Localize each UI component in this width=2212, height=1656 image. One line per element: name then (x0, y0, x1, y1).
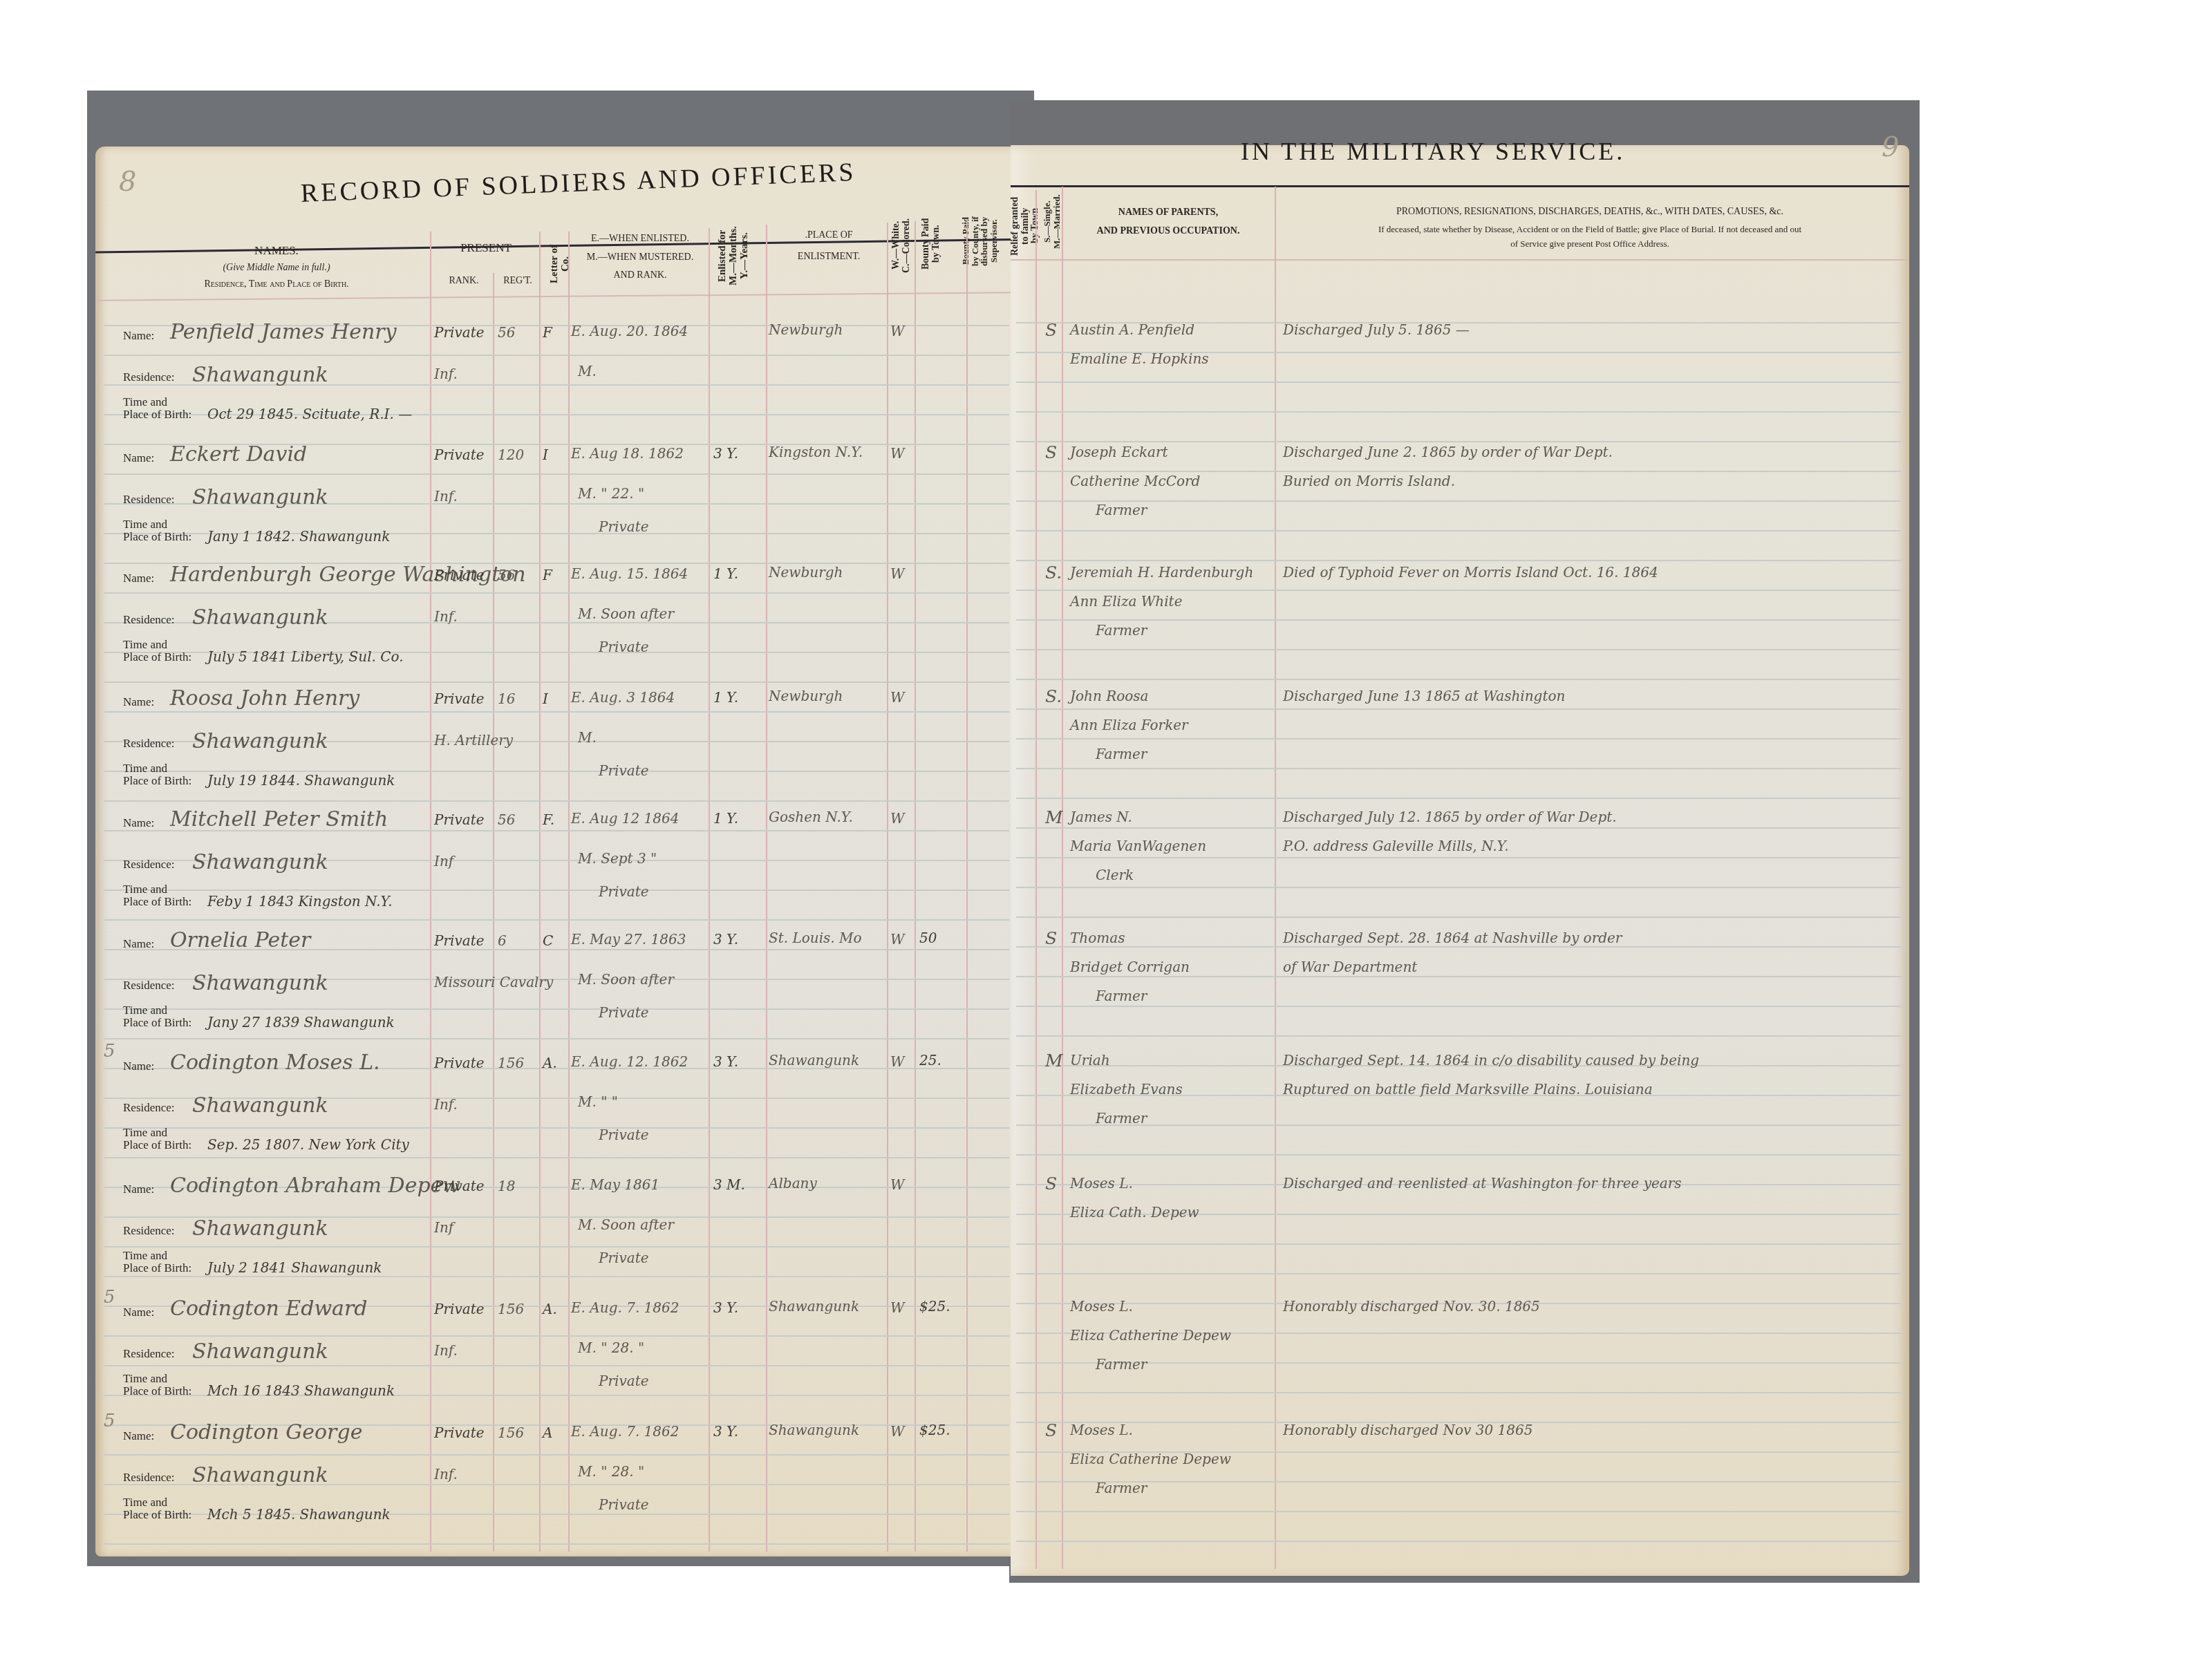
col-header-regt: REG'T. (495, 275, 541, 288)
col-header-place-l1: .PLACE OF (771, 225, 887, 247)
label-time-and: Time and (123, 1127, 167, 1139)
soldier-birth: July 19 1844. Shawangunk (207, 772, 395, 789)
regiment-value: 156 (498, 1301, 524, 1317)
margin-mark: 5 (104, 1041, 115, 1062)
ledger-entry: Name: Residence: Time and Place of Birth… (0, 923, 2212, 1040)
enlistment-term: 3 Y. (713, 931, 738, 948)
header-top-rule-right (1011, 185, 1909, 187)
margin-mark: 5 (104, 1287, 115, 1308)
soldier-residence: Shawangunk (192, 729, 328, 753)
soldier-residence: Shawangunk (192, 1216, 328, 1241)
soldier-residence: Shawangunk (192, 363, 328, 387)
soldier-residence: Shawangunk (192, 1339, 328, 1364)
label-place-of-birth: Place of Birth: (123, 1509, 191, 1521)
label-time-and: Time and (123, 1250, 167, 1262)
regiment-value: 120 (498, 446, 524, 463)
col-header-promotions-note-2: of Service give present Post Office Addr… (1279, 237, 1901, 252)
col-header-bounty-town: Bounty Paid by Town. (921, 206, 941, 282)
rank-value: Private (434, 1178, 485, 1194)
label-name: Name: (123, 817, 154, 829)
service-note-line-1: Discharged June 13 1865 at Washington (1283, 688, 1565, 704)
label-time-and: Time and (123, 762, 167, 775)
mother-name: Catherine McCord (1070, 473, 1200, 489)
mustered-rank: Private (599, 1250, 649, 1266)
col-header-enlisted-for-l1: Enlisted for (717, 229, 728, 281)
soldier-residence: Shawangunk (192, 1093, 328, 1118)
enlistment-term: 3 Y. (713, 1423, 738, 1440)
marital-status: M (1045, 807, 1063, 827)
label-name: Name: (123, 696, 154, 708)
rank-value: Private (434, 567, 485, 583)
enlisted-date: E. May 27. 1863 (571, 931, 686, 948)
service-note-line-1: Discharged and reenlisted at Washington … (1283, 1175, 1682, 1192)
soldier-birth: Jany 27 1839 Shawangunk (207, 1014, 395, 1031)
color-value: W (890, 565, 905, 582)
father-name: John Roosa (1070, 688, 1149, 704)
col-header-place-l2: ENLISTMENT. (771, 247, 887, 268)
previous-occupation: Clerk (1096, 867, 1134, 883)
service-note-line-2: Buried on Morris Island. (1283, 473, 1455, 489)
branch-value: Inf (434, 853, 453, 869)
soldier-birth: Mch 16 1843 Shawangunk (207, 1382, 395, 1399)
branch-value: Inf (434, 1219, 453, 1236)
col-header-relief-l2: to family (1020, 207, 1031, 244)
label-name: Name: (123, 452, 154, 464)
mustered-rank: Private (599, 883, 649, 900)
ledger-entry: Name: Residence: Time and Place of Birth… (0, 802, 2212, 919)
col-header-enlisted-for-l3: Y.—Years. (739, 232, 750, 279)
company-letter-value: F. (543, 811, 554, 828)
enlistment-place: Shawangunk (769, 1422, 859, 1438)
col-header-relief-l1: Relief granted (1010, 196, 1020, 255)
label-name: Name: (123, 1430, 154, 1442)
mustered-date: M. Sept 3 " (578, 850, 657, 867)
rank-value: Private (434, 690, 485, 707)
soldier-residence: Shawangunk (192, 971, 328, 995)
soldier-birth: Oct 29 1845. Scituate, R.I. — (207, 406, 412, 422)
marital-status: S (1045, 1420, 1057, 1440)
soldier-birth: Sep. 25 1807. New York City (207, 1136, 409, 1153)
bounty-town-value: 50 (919, 930, 937, 946)
col-header-names: NAMES. (Give Middle Name in full.) Resid… (138, 243, 415, 290)
branch-value: H. Artillery (434, 732, 513, 749)
color-value: W (890, 1423, 905, 1440)
label-name: Name: (123, 1060, 154, 1073)
ledger-entry: Name: Residence: Time and Place of Birth… (0, 437, 2212, 554)
mother-name: Ann Eliza Forker (1070, 717, 1188, 733)
enlisted-date: E. Aug. 12. 1862 (571, 1053, 688, 1070)
mustered-date: M. " " (578, 1093, 618, 1110)
rank-value: Private (434, 811, 485, 828)
previous-occupation: Farmer (1096, 1356, 1147, 1373)
col-header-parents-l1: NAMES OF PARENTS, (1065, 204, 1272, 223)
regiment-value: 156 (498, 1424, 524, 1441)
service-note-line-1: Died of Typhoid Fever on Morris Island O… (1283, 564, 1658, 581)
mustered-rank: Private (599, 762, 649, 779)
marital-status: S. (1045, 686, 1062, 706)
enlistment-term: 1 Y. (713, 565, 738, 582)
enlistment-place: Goshen N.Y. (769, 809, 853, 825)
branch-value: Missouri Cavalry (434, 974, 553, 990)
soldier-name: Eckert David (170, 442, 307, 467)
enlistment-place: Newburgh (769, 688, 843, 704)
ledger-entry: Name: Residence: Time and Place of Birth… (0, 557, 2212, 675)
label-place-of-birth: Place of Birth: (123, 896, 191, 908)
color-value: W (890, 689, 905, 706)
father-name: Moses L. (1070, 1298, 1133, 1315)
label-time-and: Time and (123, 1373, 167, 1385)
mustered-date: M. " 28. " (578, 1339, 644, 1356)
service-note-line-1: Discharged June 2. 1865 by order of War … (1283, 444, 1613, 460)
col-header-place: .PLACE OF ENLISTMENT. (771, 225, 887, 268)
enlistment-place: Newburgh (769, 564, 843, 581)
col-header-promotions-title: PROMOTIONS, RESIGNATIONS, DISCHARGES, DE… (1279, 205, 1901, 220)
label-place-of-birth: Place of Birth: (123, 1262, 191, 1274)
soldier-name: Codington Abraham Depew (170, 1174, 460, 1198)
father-name: Moses L. (1070, 1175, 1133, 1192)
page-title-right: IN THE MILITARY SERVICE. (1241, 137, 1625, 166)
bounty-town-value: 25. (919, 1052, 941, 1069)
company-letter-value: I (543, 446, 548, 463)
label-time-and: Time and (123, 639, 167, 651)
rank-value: Private (434, 1055, 485, 1071)
mother-name: Eliza Catherine Depew (1070, 1327, 1231, 1344)
mother-name: Ann Eliza White (1070, 593, 1182, 610)
mustered-rank: Private (599, 1004, 649, 1021)
label-name: Name: (123, 572, 154, 585)
label-time-and: Time and (123, 396, 167, 408)
father-name: James N. (1070, 809, 1132, 825)
father-name: Moses L. (1070, 1422, 1133, 1438)
enlistment-term: 3 M. (713, 1176, 745, 1193)
rank-value: Private (434, 446, 485, 463)
mother-name: Elizabeth Evans (1070, 1081, 1183, 1098)
rank-value: Private (434, 1424, 485, 1441)
col-header-bounty-county-l4: Supervisor. (988, 220, 999, 263)
service-note-line-1: Discharged Sept. 28. 1864 at Nashville b… (1283, 930, 1622, 946)
enlistment-place: Kingston N.Y. (769, 444, 863, 460)
enlistment-place: Shawangunk (769, 1298, 859, 1315)
label-residence: Residence: (123, 1102, 175, 1114)
previous-occupation: Farmer (1096, 746, 1147, 762)
father-name: Uriah (1070, 1052, 1110, 1069)
ruled-line (104, 1543, 1009, 1545)
regiment-value: 18 (498, 1178, 515, 1194)
mustered-date: M. " 28. " (578, 1463, 644, 1480)
label-residence: Residence: (123, 858, 175, 871)
label-time-and: Time and (123, 1496, 167, 1509)
color-value: W (890, 810, 905, 827)
label-residence: Residence: (123, 1225, 175, 1237)
rank-value: Private (434, 1301, 485, 1317)
ledger-entry: 5 Name: Residence: Time and Place of Bir… (0, 1291, 2212, 1409)
label-residence: Residence: (123, 737, 175, 750)
branch-value: Inf. (434, 608, 458, 625)
label-place-of-birth: Place of Birth: (123, 531, 191, 543)
col-header-names-title: NAMES. (138, 243, 415, 258)
regiment-value: 56 (498, 567, 515, 583)
service-note-line-1: Discharged Sept. 14. 1864 in c/o disabil… (1283, 1052, 1699, 1069)
color-value: W (890, 931, 905, 948)
col-header-promotions: PROMOTIONS, RESIGNATIONS, DISCHARGES, DE… (1279, 205, 1901, 252)
mustered-rank: Private (599, 518, 649, 535)
company-letter-value: A. (543, 1301, 557, 1317)
col-header-rank: RANK. (435, 275, 492, 288)
mustered-date: M. (578, 363, 597, 379)
father-name: Thomas (1070, 930, 1125, 946)
branch-value: Inf. (434, 1096, 458, 1113)
col-header-color: W.—White. C.—Colored. (892, 211, 912, 280)
regiment-value: 56 (498, 811, 515, 828)
previous-occupation: Farmer (1096, 1110, 1147, 1127)
label-name: Name: (123, 330, 154, 342)
ruled-line (1016, 679, 1901, 680)
ruled-line (1016, 1541, 1901, 1542)
soldier-name: Penfield James Henry (170, 320, 397, 344)
color-value: W (890, 1053, 905, 1070)
col-header-parents: NAMES OF PARENTS, AND PREVIOUS OCCUPATIO… (1065, 204, 1272, 241)
col-header-marital-l2: M.—Married. (1051, 195, 1062, 250)
soldier-name: Codington Moses L. (170, 1051, 380, 1075)
regiment-value: 156 (498, 1055, 524, 1071)
enlistment-place: Newburgh (769, 321, 843, 338)
mustered-rank: Private (599, 639, 649, 655)
mustered-rank: Private (599, 1127, 649, 1143)
service-note-line-1: Discharged July 5. 1865 — (1283, 321, 1470, 338)
label-name: Name: (123, 938, 154, 950)
father-name: Joseph Eckart (1070, 444, 1168, 460)
soldier-name: Codington Edward (170, 1297, 368, 1321)
enlistment-term: 3 Y. (713, 445, 738, 462)
col-header-enlisted-for: Enlisted for M.—Months. Y.—Years. (718, 223, 750, 289)
col-header-bounty-town-l1: Bounty Paid (921, 218, 931, 270)
bounty-town-value: $25. (919, 1422, 950, 1438)
enlisted-date: E. Aug 12 1864 (571, 810, 679, 827)
enlistment-term: 3 Y. (713, 1299, 738, 1316)
soldier-birth: July 2 1841 Shawangunk (207, 1259, 382, 1276)
soldier-residence: Shawangunk (192, 850, 328, 874)
color-value: W (890, 1299, 905, 1316)
label-place-of-birth: Place of Birth: (123, 408, 191, 421)
service-note-line-1: Honorably discharged Nov. 30. 1865 (1283, 1298, 1540, 1315)
mustered-rank: Private (599, 1373, 649, 1389)
ledger-entry: Name: Residence: Time and Place of Birth… (0, 314, 2212, 432)
enlistment-place: Shawangunk (769, 1052, 859, 1069)
enlisted-date: E. May 1861 (571, 1176, 659, 1193)
col-header-names-sub: Residence, Time and Place of Birth. (138, 279, 415, 291)
branch-value: Inf. (434, 366, 458, 382)
soldier-birth: Jany 1 1842. Shawangunk (207, 528, 390, 545)
service-note-line-2: P.O. address Galeville Mills, N.Y. (1283, 838, 1509, 854)
enlisted-date: E. Aug. 15. 1864 (571, 565, 688, 582)
label-time-and: Time and (123, 518, 167, 531)
mustered-rank: Private (599, 1496, 649, 1513)
company-letter-value: A (543, 1424, 552, 1441)
color-value: W (890, 445, 905, 462)
company-letter-value: I (543, 690, 548, 707)
soldier-name: Mitchell Peter Smith (170, 807, 388, 831)
soldier-birth: July 5 1841 Liberty, Sul. Co. (207, 648, 404, 665)
soldier-residence: Shawangunk (192, 605, 328, 630)
rank-value: Private (434, 932, 485, 949)
label-place-of-birth: Place of Birth: (123, 775, 191, 787)
enlisted-date: E. Aug. 7. 1862 (571, 1423, 679, 1440)
enlisted-date: E. Aug. 7. 1862 (571, 1299, 679, 1316)
color-value: W (890, 323, 905, 339)
branch-value: Inf. (434, 488, 458, 505)
previous-occupation: Farmer (1096, 622, 1147, 639)
company-letter-value: F (543, 567, 552, 583)
marital-status: S (1045, 1174, 1057, 1194)
soldier-name: Ornelia Peter (170, 928, 310, 952)
enlisted-date: E. Aug. 20. 1864 (571, 323, 688, 339)
col-header-when-enlisted: E.—WHEN ENLISTED. (571, 230, 709, 249)
regiment-value: 56 (498, 324, 515, 341)
regiment-value: 6 (498, 932, 507, 949)
label-time-and: Time and (123, 883, 167, 896)
label-residence: Residence: (123, 371, 175, 384)
soldier-residence: Shawangunk (192, 1463, 328, 1487)
regiment-value: 16 (498, 690, 515, 707)
col-header-bounty-town-l2: by Town. (931, 225, 941, 263)
marital-status: M (1045, 1051, 1063, 1071)
enlistment-place: St. Louis. Mo (769, 930, 862, 946)
ledger-entry: 5 Name: Residence: Time and Place of Bir… (0, 1415, 2212, 1532)
col-header-color-l1: W.—White. (891, 221, 901, 270)
marital-status: S (1045, 442, 1057, 462)
label-residence: Residence: (123, 979, 175, 992)
father-name: Jeremiah H. Hardenburgh (1070, 564, 1253, 581)
branch-value: Inf. (434, 1342, 458, 1359)
label-time-and: Time and (123, 1004, 167, 1017)
col-header-when-mustered: M.—WHEN MUSTERED. (571, 249, 709, 267)
previous-occupation: Farmer (1096, 1480, 1147, 1496)
soldier-name: Codington George (170, 1420, 362, 1445)
rank-value: Private (434, 324, 485, 341)
col-header-promotions-note-1: If deceased, state whether by Disease, A… (1279, 223, 1901, 237)
enlistment-term: 3 Y. (713, 1053, 738, 1070)
label-residence: Residence: (123, 493, 175, 506)
branch-value: Inf. (434, 1466, 458, 1483)
col-header-and-rank: AND RANK. (571, 267, 709, 285)
service-note-line-1: Honorably discharged Nov 30 1865 (1283, 1422, 1533, 1438)
service-note-line-2: of War Department (1283, 959, 1417, 975)
marital-status: S. (1045, 563, 1062, 583)
col-header-present: PRESENT (434, 241, 538, 255)
label-residence: Residence: (123, 1348, 175, 1360)
company-letter-value: C (543, 932, 553, 949)
label-place-of-birth: Place of Birth: (123, 1385, 191, 1398)
soldier-birth: Feby 1 1843 Kingston N.Y. (207, 893, 393, 910)
col-header-parents-l2: AND PREVIOUS OCCUPATION. (1065, 223, 1272, 241)
col-header-enlisted-for-l2: M.—Months. (728, 226, 739, 285)
marital-status: S (1045, 928, 1057, 948)
enlistment-term: 1 Y. (713, 810, 738, 827)
margin-mark: 5 (104, 1411, 115, 1431)
label-residence: Residence: (123, 1471, 175, 1484)
mother-name: Maria VanWagenen (1070, 838, 1206, 854)
mustered-date: M. Soon after (578, 971, 674, 988)
page-number-right: 9 (1882, 131, 1899, 163)
enlistment-term: 1 Y. (713, 689, 738, 706)
previous-occupation: Farmer (1096, 988, 1147, 1004)
ledger-entry: Name: Residence: Time and Place of Birth… (0, 681, 2212, 798)
enlistment-place: Albany (769, 1175, 817, 1192)
company-letter-value: A. (543, 1055, 557, 1071)
color-value: W (890, 1176, 905, 1193)
mustered-date: M. Soon after (578, 1216, 674, 1233)
previous-occupation: Farmer (1096, 502, 1147, 518)
ruled-line (104, 919, 1009, 921)
enlisted-date: E. Aug 18. 1862 (571, 445, 684, 462)
service-note-line-1: Discharged July 12. 1865 by order of War… (1283, 809, 1617, 825)
ledger-entry: 5 Name: Residence: Time and Place of Bir… (0, 1045, 2212, 1163)
col-header-marital: S.—Single. M.—Married. (1042, 194, 1061, 250)
col-header-when: E.—WHEN ENLISTED. M.—WHEN MUSTERED. AND … (571, 230, 709, 285)
header-bottom-rule-right (1011, 259, 1909, 261)
label-name: Name: (123, 1183, 154, 1196)
enlisted-date: E. Aug. 3 1864 (571, 689, 675, 706)
bounty-town-value: $25. (919, 1298, 950, 1315)
soldier-name: Roosa John Henry (170, 686, 359, 711)
father-name: Austin A. Penfield (1070, 321, 1194, 338)
mother-name: Emaline E. Hopkins (1070, 350, 1209, 367)
ledger-entry: Name: Residence: Time and Place of Birth… (0, 1168, 2212, 1286)
mustered-date: M. " 22. " (578, 485, 644, 502)
mustered-date: M. Soon after (578, 605, 674, 622)
mother-name: Eliza Cath. Depew (1070, 1204, 1199, 1221)
label-place-of-birth: Place of Birth: (123, 1017, 191, 1029)
mother-name: Eliza Catherine Depew (1070, 1451, 1231, 1467)
col-header-color-l2: C.—Colored. (901, 218, 912, 272)
marital-status: S (1045, 320, 1057, 340)
mustered-date: M. (578, 729, 597, 746)
col-header-names-note: (Give Middle Name in full.) (138, 262, 415, 274)
service-note-line-2: Ruptured on battle field Marksville Plai… (1283, 1081, 1653, 1098)
label-name: Name: (123, 1306, 154, 1319)
soldier-birth: Mch 5 1845. Shawangunk (207, 1506, 391, 1523)
company-letter-value: F (543, 324, 552, 341)
label-place-of-birth: Place of Birth: (123, 1139, 191, 1151)
page-number-left: 8 (119, 166, 136, 198)
soldier-residence: Shawangunk (192, 485, 328, 509)
mother-name: Bridget Corrigan (1070, 959, 1190, 975)
label-place-of-birth: Place of Birth: (123, 651, 191, 664)
label-residence: Residence: (123, 614, 175, 626)
